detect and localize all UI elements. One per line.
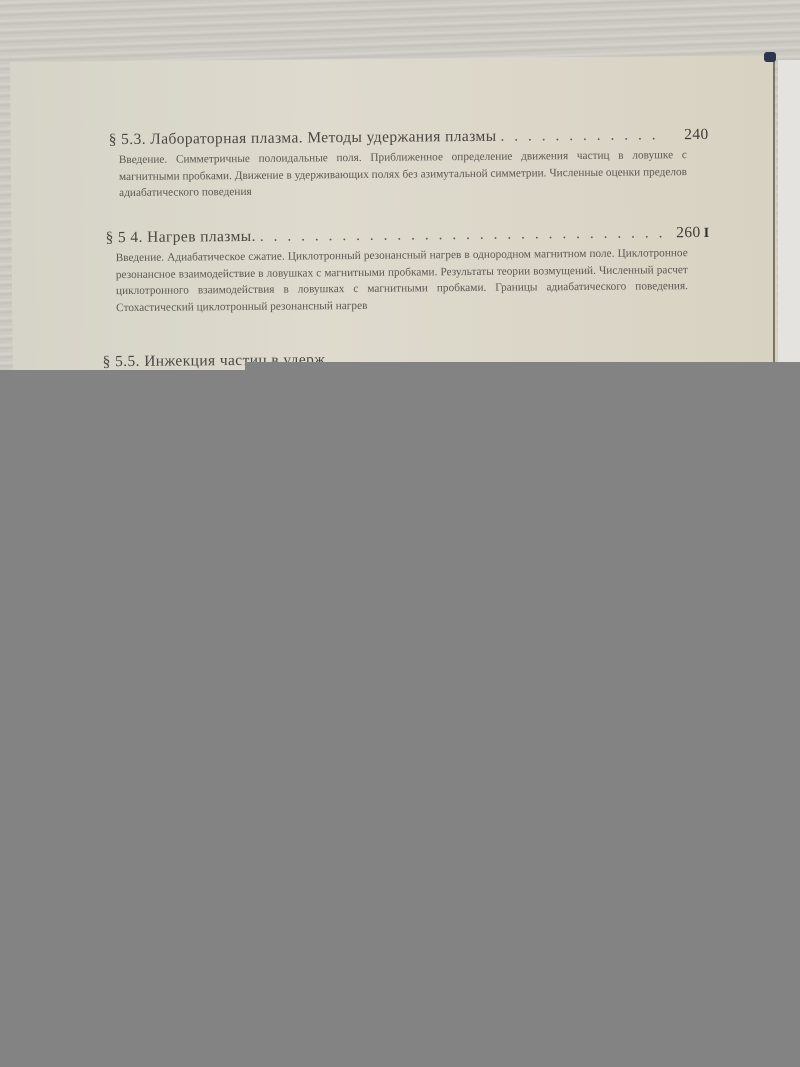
page-spine <box>773 60 775 375</box>
entry-description: Введение. Адиабатическое сжатие. Циклотр… <box>106 245 711 316</box>
page-number: 260 <box>676 224 701 242</box>
section-title: Нагрев плазмы. <box>147 228 256 246</box>
entry-title: § 5.3. Лабораторная плазма. Методы удерж… <box>109 126 709 149</box>
entry-description: Введение. Симметричные полоидальные поля… <box>109 147 709 202</box>
binder-clip <box>764 52 776 62</box>
toc-entry-5-3: § 5.3. Лабораторная плазма. Методы удерж… <box>109 126 710 202</box>
section-number: § 5.3. <box>109 131 146 148</box>
leader-dots: . . . . . . . . . . . . <box>500 126 680 146</box>
section-number: § 5.5. <box>103 353 140 370</box>
entry-title: § 5 4. Нагрев плазмы. . . . . . . . . . … <box>105 224 709 247</box>
leader-dots: . . . . . . . . . . . . . . . . . . . . … <box>260 224 673 246</box>
margin-mark: I <box>704 226 710 242</box>
page-number: 240 <box>684 126 709 144</box>
section-number: § 5 4. <box>105 229 142 246</box>
redaction-block <box>0 370 800 1067</box>
book-page: § 5.3. Лабораторная плазма. Методы удерж… <box>10 55 778 382</box>
section-title: Лабораторная плазма. Методы удержания пл… <box>150 128 496 148</box>
toc-entry-5-4: § 5 4. Нагрев плазмы. . . . . . . . . . … <box>105 224 710 316</box>
facing-page-edge <box>778 60 800 380</box>
